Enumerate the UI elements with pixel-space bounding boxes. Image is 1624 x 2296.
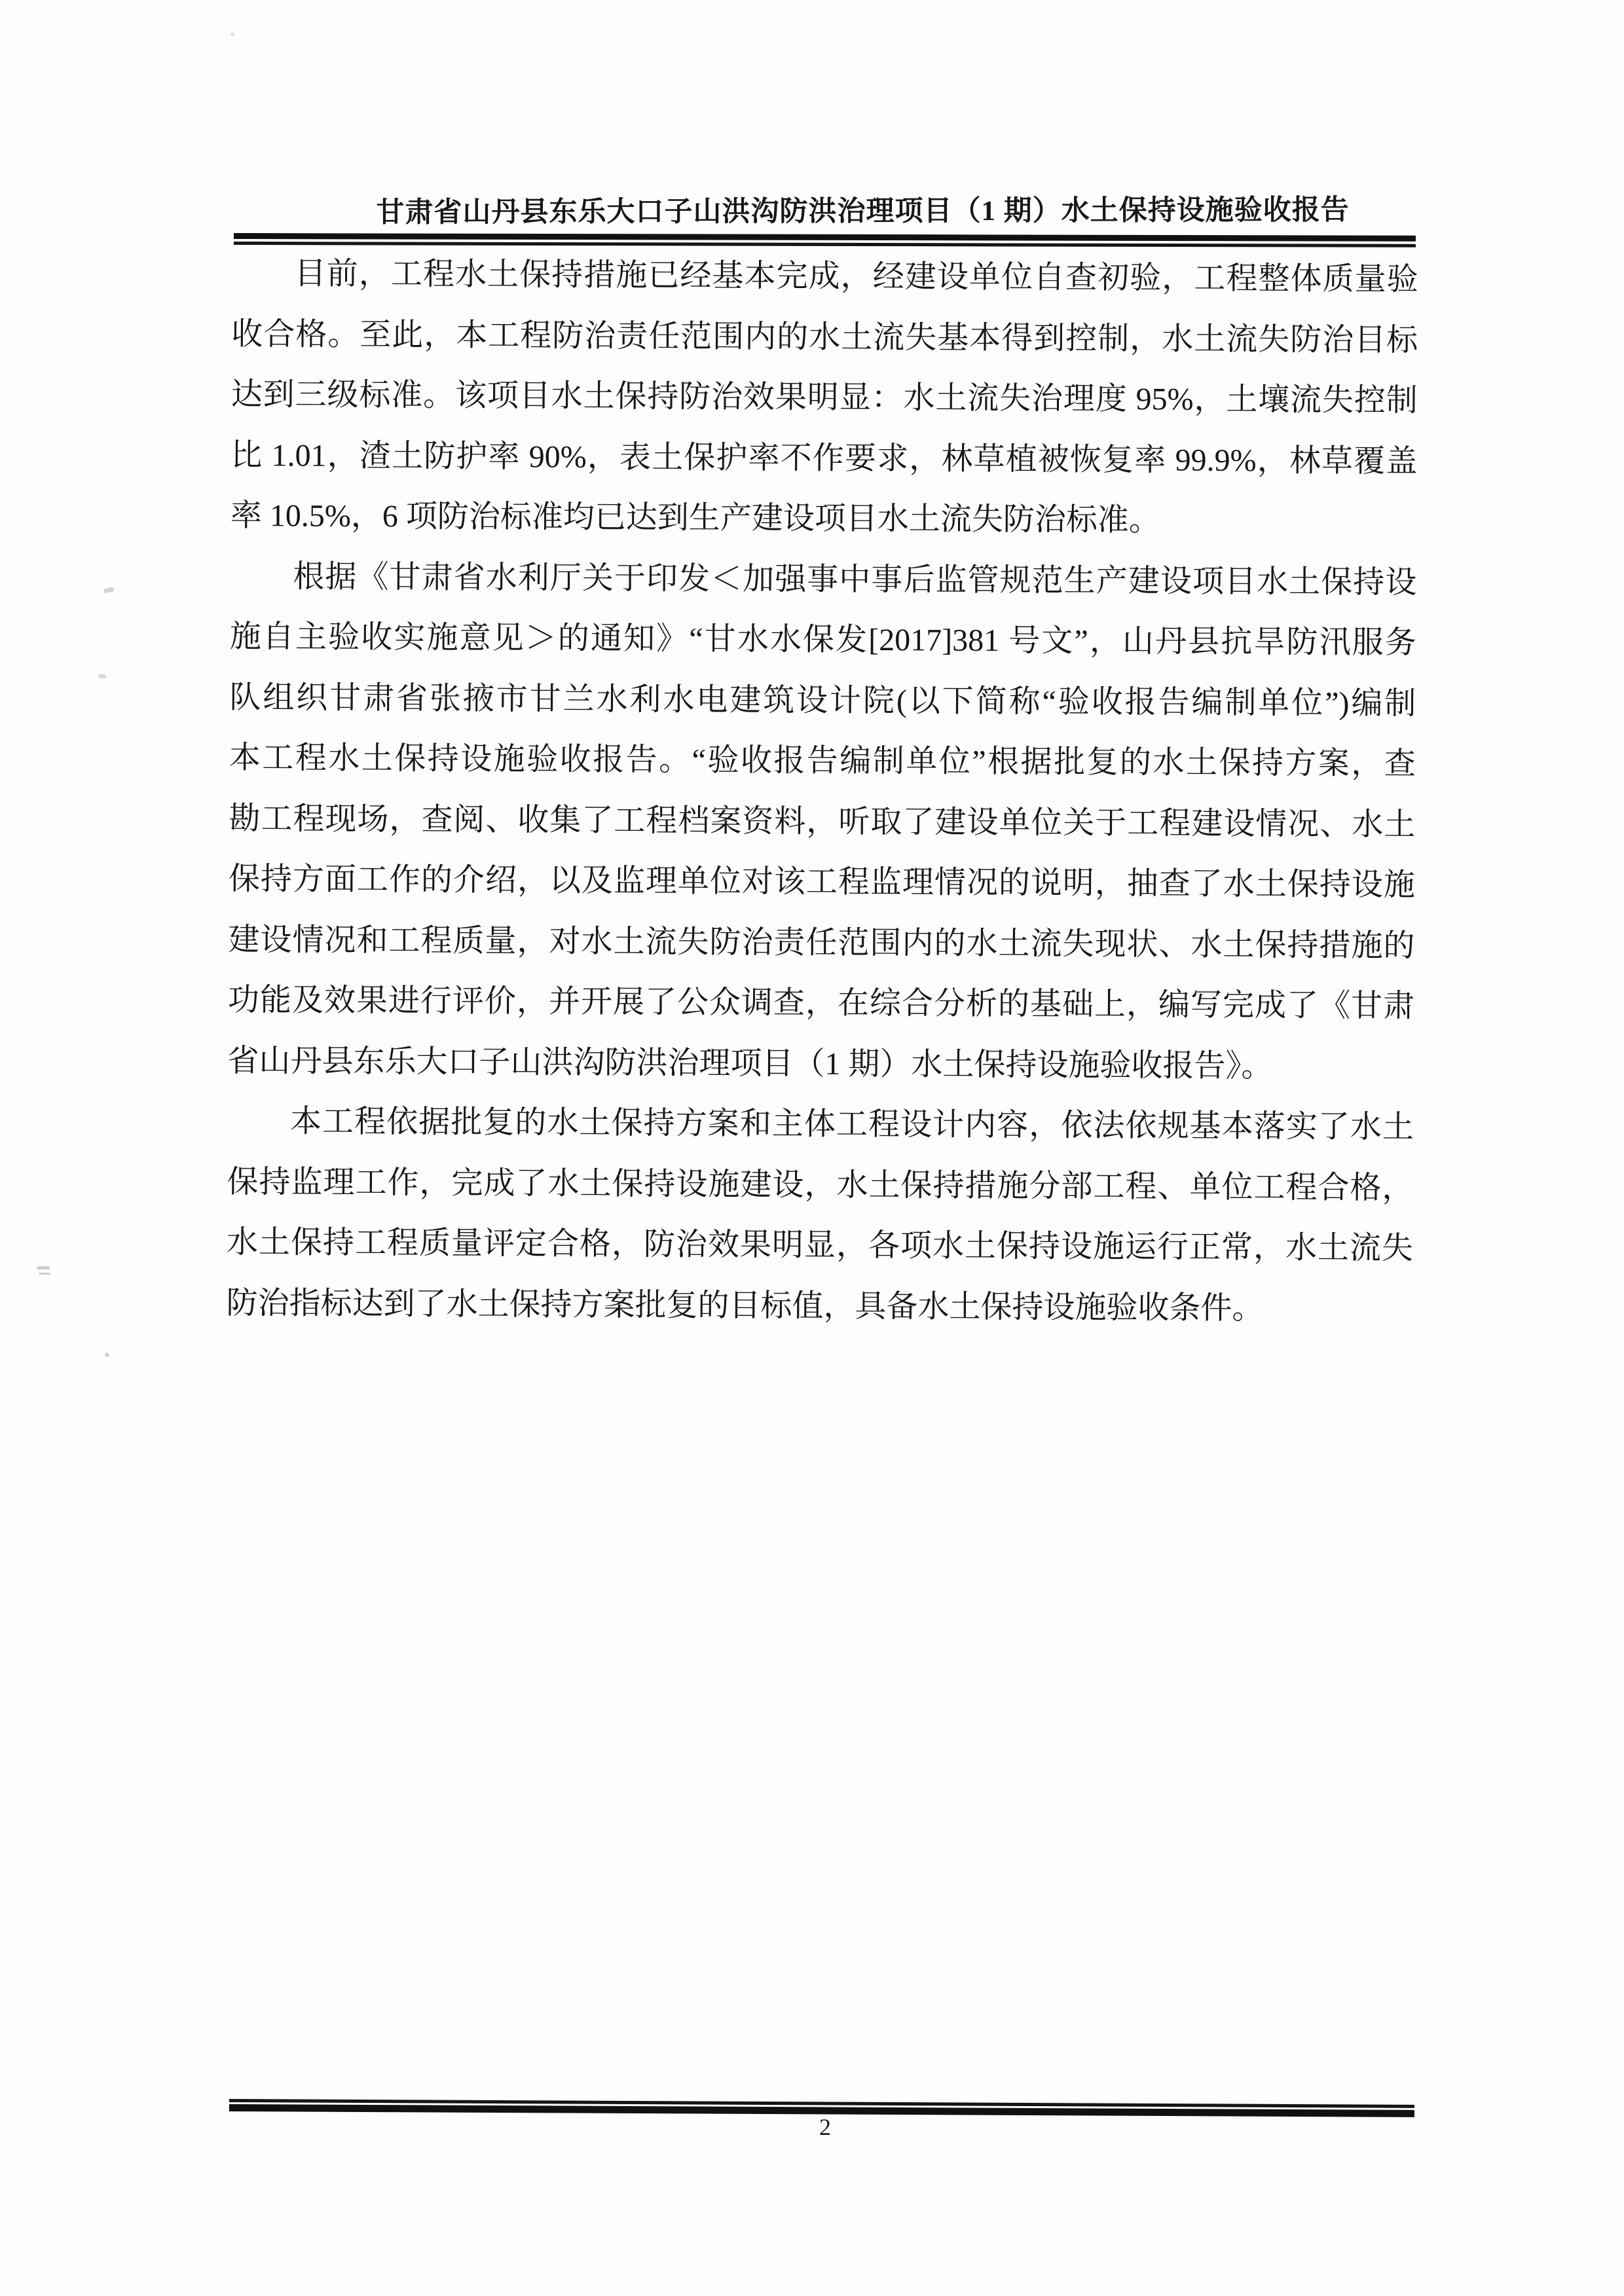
body-text-line: 功能及效果进行评价，并开展了公众调查，在综合分析的基础上，编写完成了《甘肃: [228, 970, 1414, 1037]
scan-artifact: [105, 1353, 109, 1357]
body-text-line: 比 1.01，渣土防护率 90%，表土保护率不作要求，林草植被恢复率 99.9%…: [231, 425, 1417, 492]
body-text-line: 本工程依据批复的水土保持方案和主体工程设计内容，依法依规基本落实了水土: [227, 1091, 1414, 1158]
body-text-line: 本工程水土保持设施验收报告。“验收报告编制单位”根据批复的水土保持方案，查: [229, 728, 1416, 795]
document-body: 目前，工程水土保持措施已经基本完成，经建设单位自查初验，工程整体质量验收合格。至…: [226, 244, 1418, 1339]
body-text-line: 率 10.5%，6 项防治标准均已达到生产建设项目水土流失防治标准。: [231, 486, 1417, 553]
body-text-line: 施自主验收实施意见＞的通知》“甘水水保发[2017]381 号文”，山丹县抗旱防…: [230, 607, 1416, 674]
body-text-line: 根据《甘肃省水利厅关于印发＜加强事中事后监管规范生产建设项目水土保持设: [230, 546, 1416, 613]
scan-artifact: [37, 1266, 50, 1269]
body-text-line: 收合格。至此，本工程防治责任范围内的水土流失基本得到控制，水土流失防治目标: [231, 304, 1418, 371]
body-text-line: 省山丹县东乐大口子山洪沟防洪治理项目（1 期）水土保持设施验收报告》。: [227, 1030, 1414, 1097]
body-text-line: 建设情况和工程质量，对水土流失防治责任范围内的水土流失现状、水土保持措施的: [228, 909, 1414, 976]
body-text-line: 达到三级标准。该项目水土保持防治效果明显：水土流失治理度 95%，土壤流失控制: [231, 365, 1418, 431]
scan-artifact: [103, 587, 114, 594]
body-text-line: 保持方面工作的介绍，以及监理单位对该工程监理情况的说明，抽查了水土保持设施: [229, 849, 1415, 916]
page-header-title: 甘肃省山丹县东乐大口子山洪沟防洪治理项目（1 期）水土保持设施验收报告: [272, 187, 1454, 230]
scan-artifact: [231, 33, 234, 36]
scan-artifact: [98, 674, 107, 679]
body-text-line: 目前，工程水土保持措施已经基本完成，经建设单位自查初验，工程整体质量验: [232, 244, 1418, 310]
body-text-line: 勘工程现场，查阅、收集了工程档案资料，听取了建设单位关于工程建设情况、水土: [229, 788, 1415, 855]
body-text-line: 队组织甘肃省张掖市甘兰水利水电建筑设计院(以下简称“验收报告编制单位”)编制: [229, 667, 1416, 734]
page-number: 2: [232, 2113, 1418, 2141]
document-page: 甘肃省山丹县东乐大口子山洪沟防洪治理项目（1 期）水土保持设施验收报告 目前，工…: [0, 0, 1624, 2296]
body-text-line: 保持监理工作，完成了水土保持设施建设，水土保持措施分部工程、单位工程合格，: [227, 1152, 1413, 1218]
body-text-line: 水土保持工程质量评定合格，防治效果明显，各项水土保持设施运行正常，水土流失: [227, 1212, 1413, 1279]
body-text-line: 防治指标达到了水土保持方案批复的目标值，具备水土保持设施验收条件。: [226, 1273, 1412, 1339]
